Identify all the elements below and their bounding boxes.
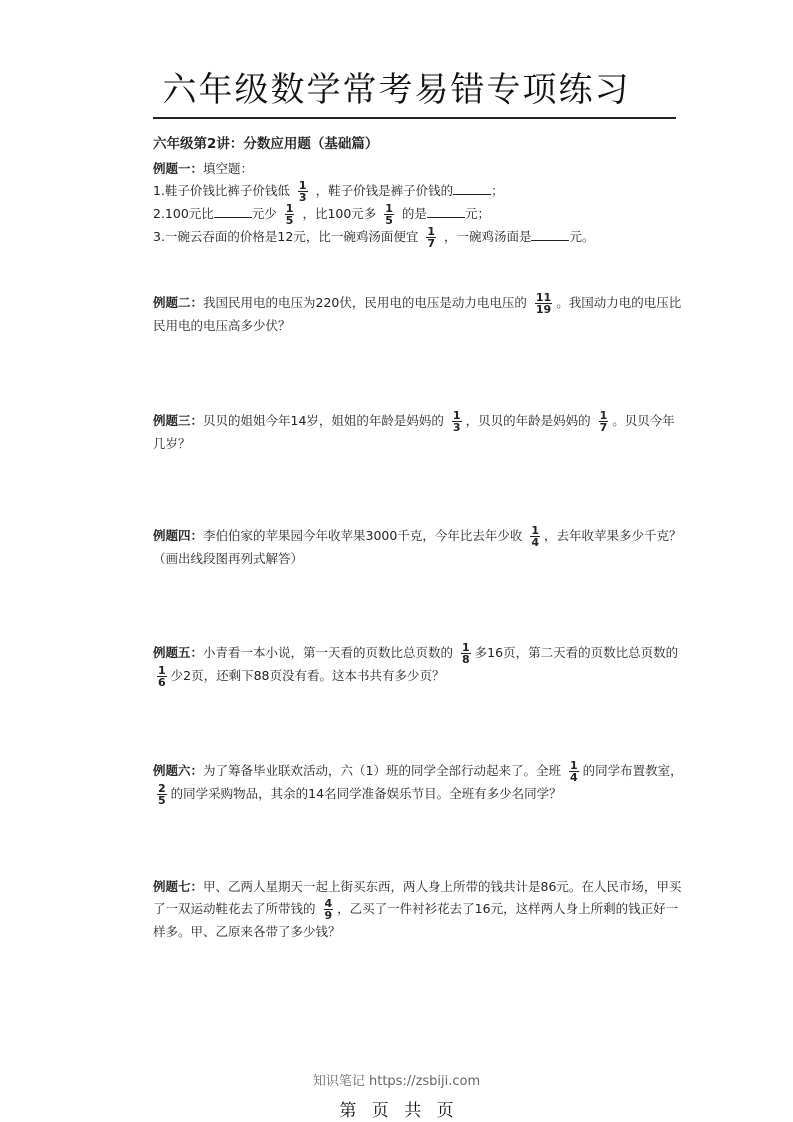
- answer-blank[interactable]: [531, 228, 569, 241]
- page-number: 第 页 共 页: [0, 1096, 793, 1121]
- fraction: 49: [324, 898, 334, 921]
- example-5: 例题五：小青看一本小说，第一天看的页数比总页数的 18多16页，第二天看的页数比…: [153, 642, 683, 688]
- question-1-1: 1.鞋子价钱比裤子价钱低 13 ，鞋子价钱是裤子价钱的；: [153, 180, 683, 203]
- fraction: 1119: [535, 292, 552, 315]
- denominator: 4: [569, 772, 579, 783]
- question-text: 小青看一本小说，第一天看的页数比总页数的: [203, 645, 453, 660]
- question-text: 1.鞋子价钱比裤子价钱低: [153, 183, 290, 198]
- question-text: 的是: [402, 206, 427, 221]
- question-text: 李伯伯家的苹果园今年收苹果3000千克，今年比去年少收: [203, 528, 522, 543]
- page-title: 六年级数学常考易错专项练习: [0, 68, 793, 112]
- example-2: 例题二：我国民用电的电压为220伏，民用电的电压是动力电电压的 1119。我国动…: [153, 292, 683, 337]
- fraction: 15: [384, 203, 394, 226]
- example-7: 例题七：甲、乙两人星期天一起上街买东西，两人身上所带的钱共计是86元。在人民市场…: [153, 876, 683, 943]
- question-text: 的同学采购物品，其余的14名同学准备娱乐节目。全班有多少名同学？: [171, 786, 562, 801]
- question-text: ，比100元多: [302, 206, 376, 221]
- question-text: 元。: [569, 229, 594, 244]
- title-divider: [153, 117, 676, 119]
- denominator: 9: [324, 910, 334, 921]
- fraction: 17: [599, 410, 609, 433]
- denominator: 7: [599, 422, 609, 433]
- question-1-2: 2.100元比元少 15 ，比100元多 15 的是元；: [153, 203, 683, 226]
- example-label: 例题四：: [153, 528, 203, 543]
- denominator: 8: [461, 654, 471, 665]
- question-1-3: 3.一碗云吞面的价格是12元，比一碗鸡汤面便宜 17 ，一碗鸡汤面是元。: [153, 226, 683, 249]
- example-1: 例题一：填空题： 1.鞋子价钱比裤子价钱低 13 ，鞋子价钱是裤子价钱的； 2.…: [153, 158, 683, 249]
- fraction: 13: [452, 410, 462, 433]
- lesson-subtitle: 六年级第2讲：分数应用题（基础篇）: [153, 132, 378, 152]
- denominator: 5: [157, 795, 167, 806]
- fraction: 25: [157, 783, 167, 806]
- fraction: 17: [426, 226, 436, 249]
- example-label: 例题七：: [153, 879, 203, 894]
- denominator: 7: [426, 238, 436, 249]
- denominator: 5: [285, 215, 295, 226]
- question-text: ，贝贝的年龄是妈妈的: [466, 413, 591, 428]
- footer-watermark: 知识笔记 https://zsbiji.com: [0, 1070, 793, 1089]
- denominator: 3: [452, 422, 462, 433]
- example-label: 例题六：: [153, 763, 203, 778]
- question-text: 我国民用电的电压为220伏，民用电的电压是动力电电压的: [203, 295, 527, 310]
- example-1-heading: 例题一：填空题：: [153, 158, 683, 180]
- answer-blank[interactable]: [427, 205, 465, 218]
- question-text: 元；: [465, 206, 490, 221]
- fraction: 15: [285, 203, 295, 226]
- fraction: 18: [461, 642, 471, 665]
- fraction: 13: [298, 180, 308, 203]
- denominator: 6: [157, 677, 167, 688]
- denominator: 3: [298, 192, 308, 203]
- example-label: 例题三：: [153, 413, 203, 428]
- question-text: ，一碗鸡汤面是: [444, 229, 532, 244]
- question-text: 多16页，第二天看的页数比总页数的: [475, 645, 678, 660]
- example-label: 例题一：: [153, 161, 203, 176]
- question-text: 为了筹备毕业联欢活动，六（1）班的同学全部行动起来了。全班: [203, 763, 561, 778]
- question-text: ；: [491, 183, 504, 198]
- question-text: 贝贝的姐姐今年14岁，姐姐的年龄是妈妈的: [203, 413, 444, 428]
- question-text: 元少: [252, 206, 277, 221]
- question-text: 的同学布置教室，: [583, 763, 683, 778]
- example-intro: 填空题：: [203, 161, 253, 176]
- fraction: 16: [157, 665, 167, 688]
- question-text: 3.一碗云吞面的价格是12元，比一碗鸡汤面便宜: [153, 229, 418, 244]
- example-3: 例题三：贝贝的姐姐今年14岁，姐姐的年龄是妈妈的 13，贝贝的年龄是妈妈的 17…: [153, 410, 683, 455]
- question-text: ，鞋子价钱是裤子价钱的: [316, 183, 454, 198]
- example-label: 例题五：: [153, 645, 203, 660]
- example-6: 例题六：为了筹备毕业联欢活动，六（1）班的同学全部行动起来了。全班 14的同学布…: [153, 760, 683, 806]
- denominator: 5: [384, 215, 394, 226]
- fraction: 14: [569, 760, 579, 783]
- example-label: 例题二：: [153, 295, 203, 310]
- question-text: 2.100元比: [153, 206, 214, 221]
- answer-blank[interactable]: [453, 182, 491, 195]
- answer-blank[interactable]: [214, 205, 252, 218]
- fraction: 14: [530, 525, 540, 548]
- question-text: 少2页，还剩下88页没有看。这本书共有多少页？: [171, 668, 445, 683]
- denominator: 4: [530, 537, 540, 548]
- denominator: 19: [535, 304, 552, 315]
- example-4: 例题四：李伯伯家的苹果园今年收苹果3000千克，今年比去年少收 14，去年收苹果…: [153, 525, 683, 570]
